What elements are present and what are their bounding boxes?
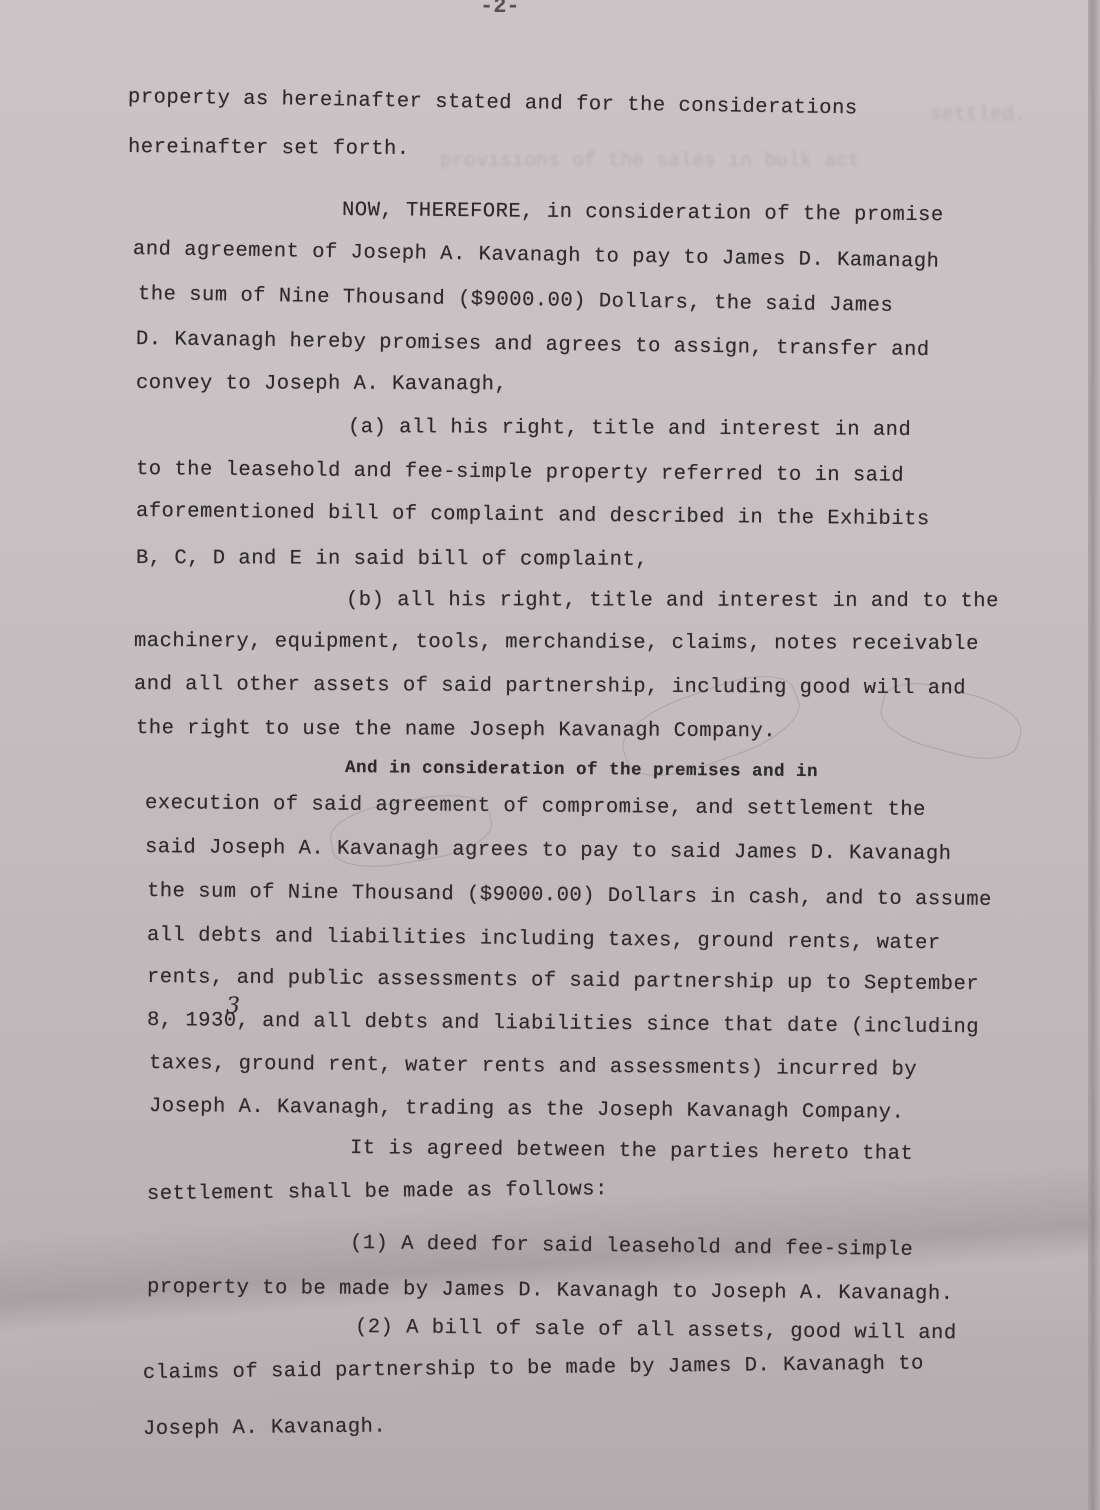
handwritten-correction: 3 <box>226 994 240 1019</box>
document-line: said Joseph A. Kavanagh agrees to pay to… <box>145 836 952 866</box>
document-line: convey to Joseph A. Kavanagh, <box>136 372 507 396</box>
document-line: the sum of Nine Thousand ($9000.00) Doll… <box>147 880 992 912</box>
document-line: to the leasehold and fee-simple property… <box>136 458 904 488</box>
document-line: It is agreed between the parties hereto … <box>350 1137 914 1166</box>
document-line: all debts and liabilities including taxe… <box>147 924 941 955</box>
document-line: taxes, ground rent, water rents and asse… <box>149 1052 917 1082</box>
page-edge <box>1088 0 1100 1510</box>
bleed-through-text: provisions of the sales in bulk act <box>440 150 860 173</box>
document-line: and all other assets of said partnership… <box>134 673 966 700</box>
document-line: (2) A bill of sale of all assets, good w… <box>355 1316 957 1345</box>
document-line: B, C, D and E in said bill of complaint, <box>136 547 648 572</box>
document-line: machinery, equipment, tools, merchandise… <box>134 630 979 656</box>
document-line: hereinafter set forth. <box>128 136 410 161</box>
document-line: rents, and public assessments of said pa… <box>147 966 979 996</box>
document-line: (b) all his right, title and interest in… <box>346 589 999 613</box>
document-line: Joseph A. Kavanagh, trading as the Josep… <box>149 1095 905 1125</box>
bleed-through-text: settled. <box>930 104 1026 127</box>
document-line: 8, 1930, and all debts and liabilities s… <box>147 1009 979 1039</box>
document-line: and agreement of Joseph A. Kavanagh to p… <box>133 238 940 274</box>
document-line: D. Kavanagh hereby promises and agrees t… <box>136 328 930 362</box>
document-line: the sum of Nine Thousand ($9000.00) Doll… <box>138 283 894 318</box>
document-line: And in consideration of the premises and… <box>345 758 818 782</box>
document-page: -2- settled. provisions of the sales in … <box>0 0 1100 1510</box>
document-line: property to be made by James D. Kavanagh… <box>147 1276 954 1306</box>
page-number: -2- <box>480 0 520 19</box>
document-line: aforementioned bill of complaint and des… <box>136 500 930 531</box>
document-line: property as hereinafter stated and for t… <box>128 86 858 120</box>
document-line: settlement shall be made as follows: <box>147 1178 608 1206</box>
document-line: (1) A deed for said leasehold and fee-si… <box>350 1232 914 1262</box>
document-line: Joseph A. Kavanagh. <box>143 1415 386 1441</box>
document-line: execution of said agreement of compromis… <box>145 792 926 822</box>
document-line: (a) all his right, title and interest in… <box>348 416 911 442</box>
document-line: the right to use the name Joseph Kavanag… <box>136 717 776 743</box>
document-line: claims of said partnership to be made by… <box>143 1352 924 1385</box>
document-line: NOW, THEREFORE, in consideration of the … <box>342 199 944 227</box>
